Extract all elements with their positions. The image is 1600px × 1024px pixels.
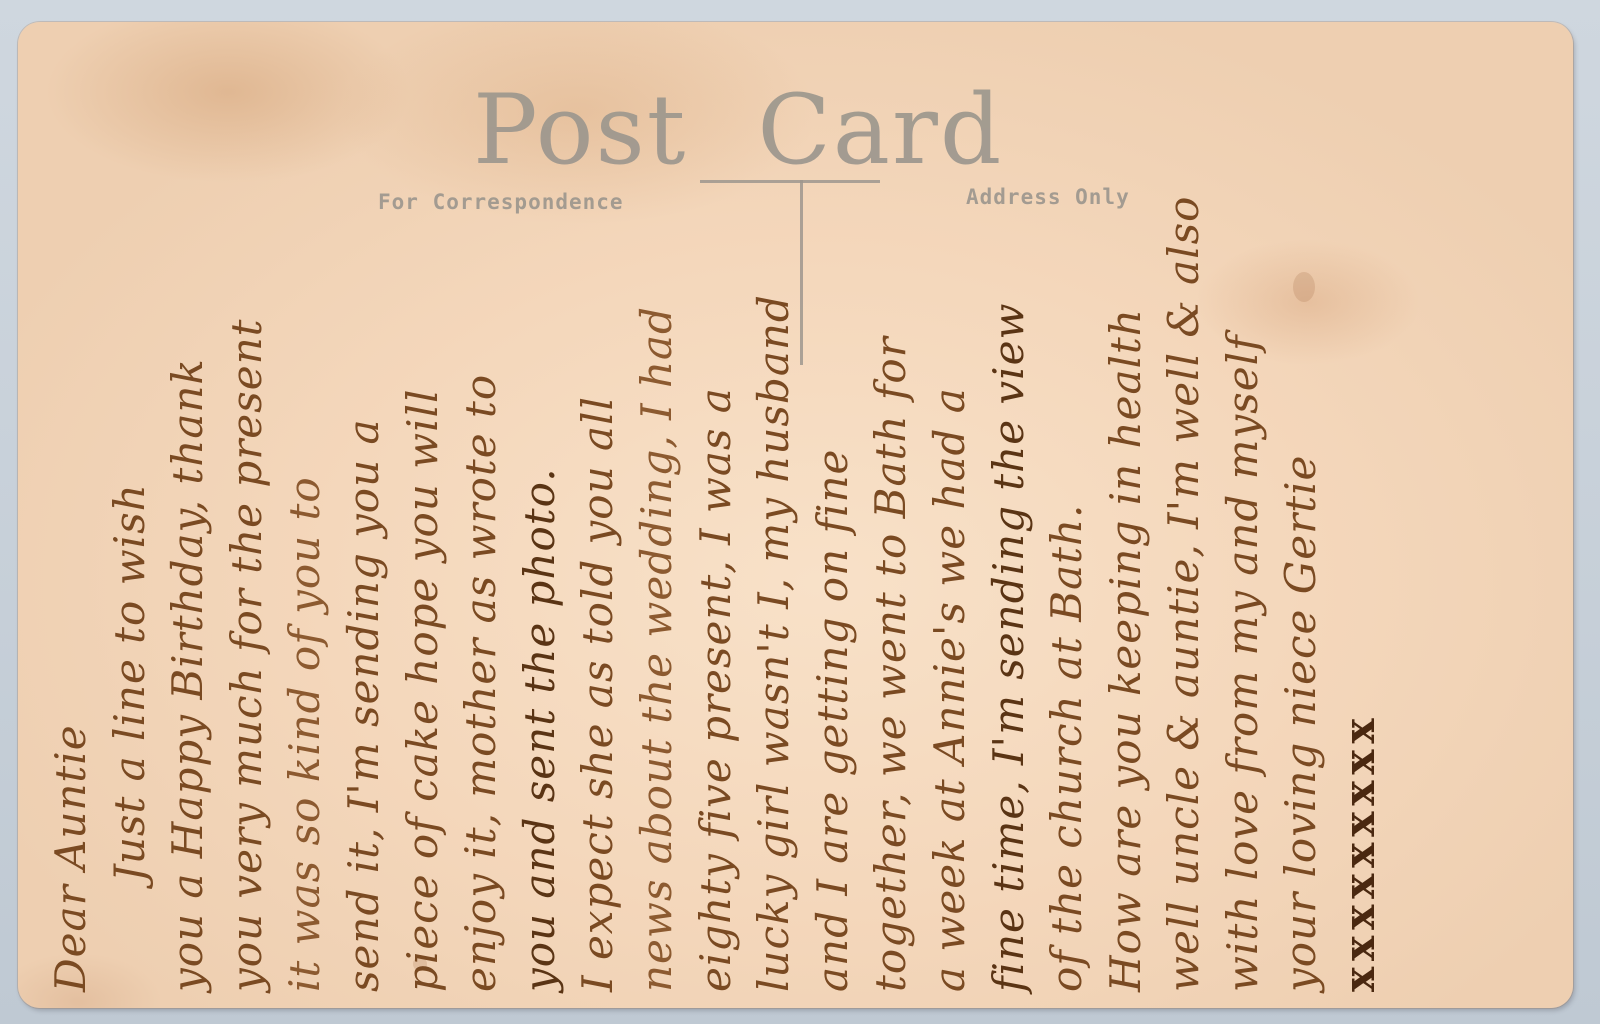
letter-signature: your loving niece Gertie [1272,52,1331,992]
letter-kisses: xxxxxxxxx [1331,52,1390,992]
letter-line: it was so kind of you to [276,52,335,992]
letter-line: enjoy it, mother as wrote to [452,52,511,992]
letter-line: How are you keeping in health [1097,52,1156,992]
letter-line: you very much for the present [218,52,277,992]
letter-line: well uncle & auntie, I'm well & also [1155,52,1214,992]
letter-line: I expect she as told you all [569,52,628,992]
handwritten-letter: Dear Auntie Just a line to wish you a Ha… [42,52,1390,992]
postcard: PostCard For Correspondence Address Only… [18,22,1573,1008]
letter-line: fine time, I'm sending the view [980,52,1039,992]
letter-line: send it, I'm sending you a [335,52,394,992]
letter-line: piece of cake hope you will [394,52,453,992]
letter-line: news about the wedding, I had [628,52,687,992]
letter-line: eighty five present, I was a [687,52,746,992]
letter-line: together, we went to Bath for [862,52,921,992]
letter-line: and I are getting on fine [804,52,863,992]
letter-line: lucky girl wasn't I, my husband [745,52,804,992]
letter-line: a week at Annie's we had a [921,52,980,992]
letter-line-salutation: Dear Auntie [42,52,101,992]
letter-line: you and sent the photo. [511,52,570,992]
letter-line: with love from my and myself [1214,52,1273,992]
letter-line: of the church at Bath. [1038,52,1097,992]
letter-line: you a Happy Birthday, thank [159,52,218,992]
letter-line: Just a line to wish [101,52,160,992]
